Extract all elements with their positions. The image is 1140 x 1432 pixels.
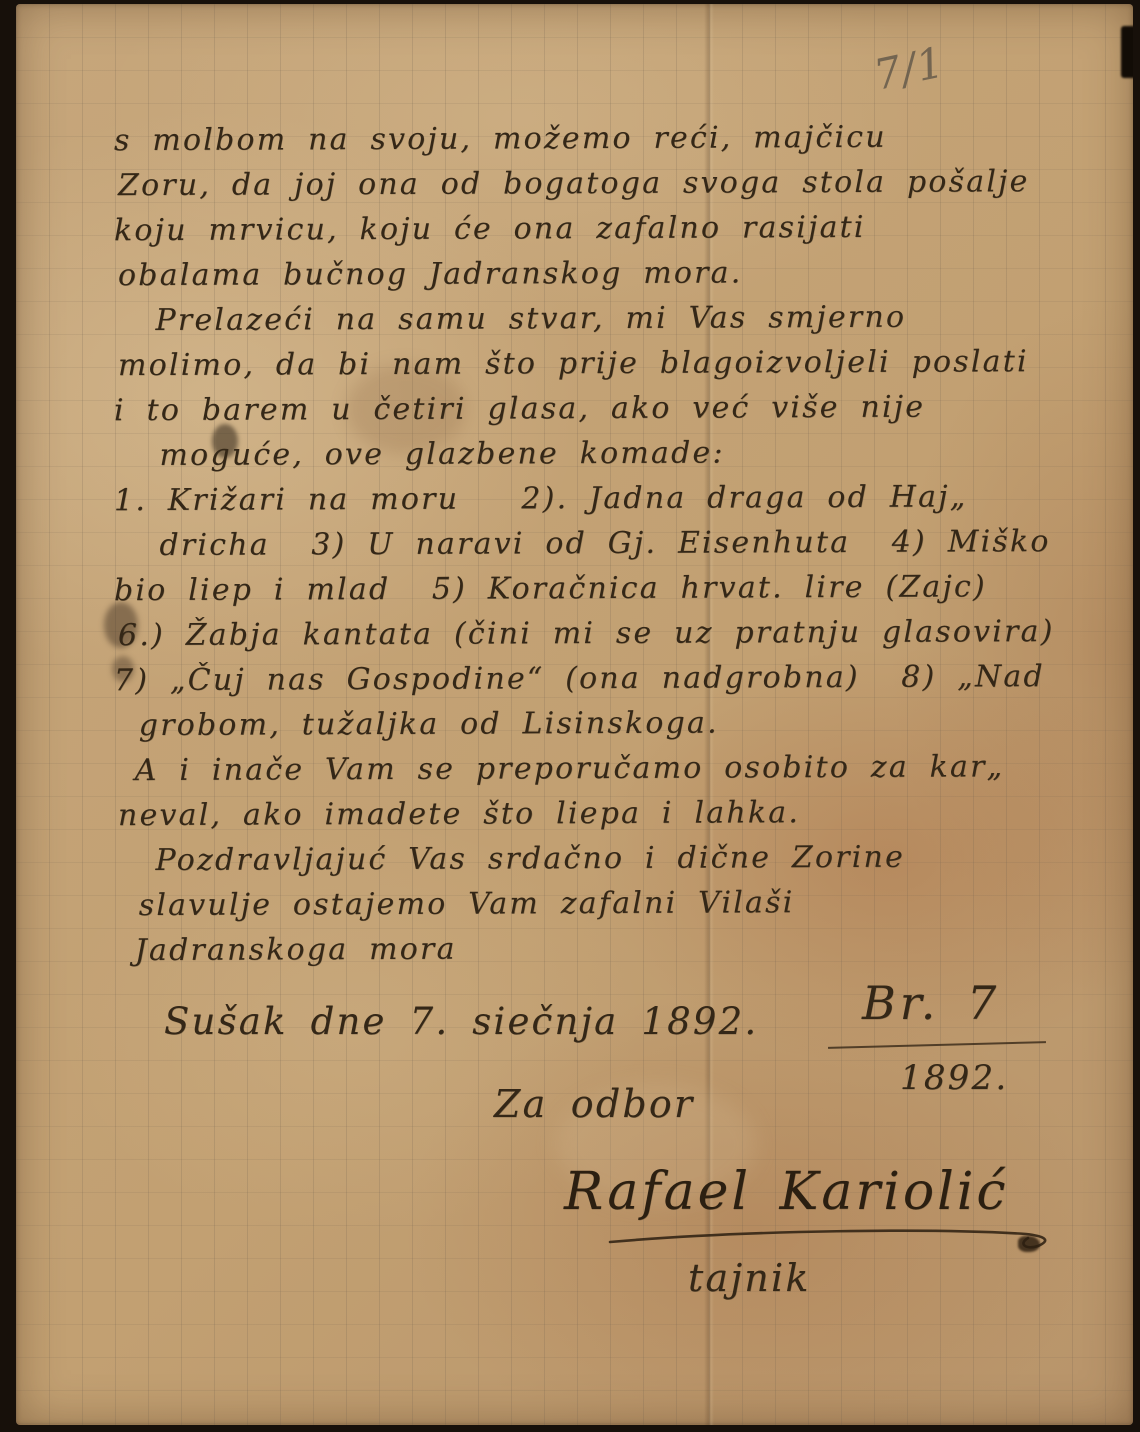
registry-number: Br. 7 [862, 976, 1000, 1030]
dateline: Sušak dne 7. siečnja 1892. [164, 1000, 758, 1043]
letter-line: Jadranskoga mora [114, 924, 1117, 973]
letter-line: 7) „Čuj nas Gospodine“ (ona nadgrobna) 8… [114, 654, 1117, 703]
letter-line: obalama bučnog Jadranskog mora. [114, 249, 1117, 298]
registry-year: 1892. [900, 1058, 1008, 1098]
archival-pencil-note: 7/1 [870, 37, 949, 100]
letter-body: s molbom na svoju, možemo reći, majčicuZ… [114, 116, 1117, 971]
letter-line: Pozdravljajuć Vas srdačno i dične Zorine [114, 834, 1117, 883]
edge-smudge [1121, 26, 1133, 78]
letter-line: grobom, tužaljka od Lisinskoga. [114, 699, 1117, 748]
signature: Rafael Kariolić [564, 1162, 1009, 1222]
letter-line: koju mrvicu, koju će ona zafalno rasijat… [114, 204, 1117, 253]
letter-line: moguće, ove glazbene komade: [114, 429, 1117, 478]
letter-line: dricha 3) U naravi od Gj. Eisenhuta 4) M… [114, 519, 1117, 568]
signature-title: tajnik [688, 1256, 811, 1300]
letter-line: i to barem u četiri glasa, ako već više … [114, 384, 1117, 433]
letter-line: Zoru, da joj ona od bogatoga svoga stola… [114, 159, 1117, 208]
letter-line: bio liep i mlad 5) Koračnica hrvat. lire… [114, 564, 1117, 613]
signature-flourish [608, 1220, 1058, 1254]
photo-backdrop: { "pencil_note": "7/1", "letter": { "bod… [0, 0, 1140, 1432]
letter-line: A i inače Vam se preporučamo osobito za … [114, 744, 1117, 793]
letter-line: s molbom na svoju, možemo reći, majčicu [114, 114, 1117, 163]
closing-line: Za odbor [494, 1082, 694, 1126]
letter-line: molimo, da bi nam što prije blagoizvolje… [114, 339, 1117, 388]
letter-line: Prelazeći na samu stvar, mi Vas smjerno [114, 294, 1117, 343]
letter-line: slavulje ostajemo Vam zafalni Vilaši [114, 879, 1117, 928]
letter-line: neval, ako imadete što liepa i lahka. [114, 789, 1117, 838]
letter-line: 6.) Žabja kantata (čini mi se uz pratnju… [114, 609, 1117, 658]
letter-page: 7/1 s molbom na svoju, možemo reći, majč… [16, 4, 1133, 1425]
registry-underline [828, 1041, 1046, 1049]
letter-line: 1. Križari na moru 2). Jadna draga od Ha… [114, 474, 1117, 523]
signature-ink-blot [1018, 1236, 1040, 1252]
